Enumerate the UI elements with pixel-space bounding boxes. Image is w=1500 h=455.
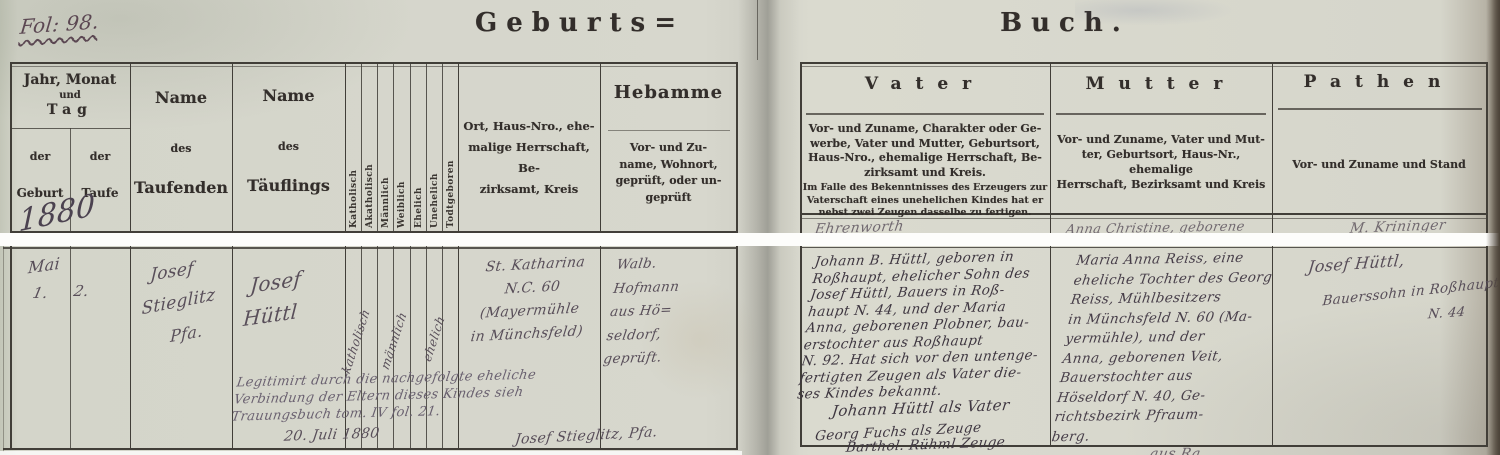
register-scan: Fol: 98. Geburts= Buch. Jahr, Monat und … [0, 0, 1500, 455]
col-header-child-1: Name [232, 86, 345, 105]
book-edge-shadow [1486, 0, 1500, 455]
entry-birth-day: 1. [31, 284, 50, 302]
col-header-date-line3: Tag [10, 102, 130, 118]
entry-godparent-3: N. 44 [1427, 305, 1466, 323]
entry-month: Mai [27, 254, 60, 278]
col-subheader-birth: der [10, 150, 70, 163]
entry-father: Johann B. Hüttl, geboren in Roßhaupt, eh… [796, 247, 1066, 403]
table-rule [70, 128, 71, 450]
col-note-father: Im Falle des Bekenntnisses des Erzeugers… [800, 182, 1050, 220]
entry-legitimation-note: Legitimirt durch die nachgefolgte ehelic… [230, 365, 583, 425]
entry-birth-place: St. Katharina N.C. 60 (Mayermühle in Mün… [456, 250, 605, 350]
tally-col-label-maennlich: Männlich [378, 142, 394, 228]
col-header-mother: Mutter [1050, 74, 1272, 94]
col-subheader-baptism: der [70, 150, 130, 163]
entry-baptizer-3: Pfa. [170, 321, 203, 346]
next-entry-fragment: aus Ra [1149, 446, 1202, 455]
left-page-title: Geburts= [430, 8, 730, 38]
entry-midwife: Walb. Hofmann aus Hö= seldorf, geprüft. [602, 250, 739, 372]
entry-godparent-1: Josef Hüttl, [1307, 251, 1406, 277]
table-rule [10, 66, 737, 67]
table-rule [1278, 108, 1482, 110]
tally-col-label-ehelich: Ehelich [411, 142, 427, 228]
scan-smudge [1075, 0, 1235, 26]
col-header-baptizer-2: des [130, 142, 232, 155]
col-header-child-2: des [232, 140, 345, 153]
page-edge-line [757, 0, 758, 60]
col-header-midwife: Hebamme [600, 82, 737, 103]
tally-col-label-katholisch: Katholisch [346, 142, 362, 228]
table-rule [3, 247, 738, 249]
table-rule [130, 62, 131, 450]
entry-priest-signature: Josef Stieglitz, Pfa. [514, 424, 659, 448]
tally-col-label-unehelich: Unehelich [427, 142, 443, 228]
scan-bottom-sliver [0, 451, 742, 455]
entry-baptizer-2: Stieglitz [142, 285, 216, 320]
entry-godparent-2: Bauerssohn in Roßhaupt [1322, 275, 1500, 310]
table-rule [3, 448, 738, 450]
col-header-date-line1: Jahr, Monat [10, 72, 130, 88]
table-rule [232, 62, 233, 450]
tally-col-label-akatholisch: Akatholisch [362, 142, 378, 228]
table-rule [3, 240, 4, 452]
col-header-child-3: Täuflings [232, 176, 345, 195]
table-rule [800, 66, 1488, 67]
table-rule [806, 113, 1044, 115]
table-rule [10, 62, 737, 64]
table-rule [800, 247, 1488, 248]
col-subheader-midwife: Vor- und Zu- name, Wohnort, geprüft, ode… [600, 140, 737, 206]
folio-note: Fol: 98. [19, 9, 101, 39]
col-header-date-line2: und [10, 90, 130, 101]
entry-tally-ehelich: ehelich [420, 313, 447, 364]
entry-child-name-1: Josef [249, 266, 302, 298]
col-header-godparents: Pathen [1272, 72, 1486, 92]
entry-baptizer-1: Josef [150, 258, 195, 285]
entry-baptism-day: 2. [72, 282, 91, 300]
entry-child-name-2: Hüttl [242, 299, 298, 331]
col-header-place: Ort, Haus-Nro., ehe- malige Herrschaft, … [458, 116, 600, 200]
col-header-father: Vater [800, 74, 1050, 94]
col-subheader-father: Vor- und Zuname, Charakter oder Ge- werb… [800, 122, 1050, 180]
entry-mother: Maria Anna Reiss, eine eheliche Tochter … [1050, 248, 1305, 447]
tally-col-label-weiblich: Weiblich [394, 142, 410, 228]
tally-col-label-todtgeboren: Todtgeboren [443, 140, 459, 228]
col-header-baptizer-3: Taufenden [130, 178, 232, 197]
entry-legitimation-date: 20. Juli 1880 [283, 425, 381, 444]
entry-tally-maennlich: männlich [378, 309, 409, 372]
col-subheader-mother: Vor- und Zuname, Vater und Mut- ter, Geb… [1050, 132, 1272, 192]
table-rule [608, 130, 730, 131]
table-rule [800, 62, 1488, 64]
scan-splice-band [0, 233, 1500, 246]
col-header-baptizer-1: Name [130, 88, 232, 107]
col-subheader-godparents: Vor- und Zuname und Stand [1272, 158, 1486, 171]
table-rule [10, 62, 12, 450]
table-rule [1056, 113, 1266, 115]
